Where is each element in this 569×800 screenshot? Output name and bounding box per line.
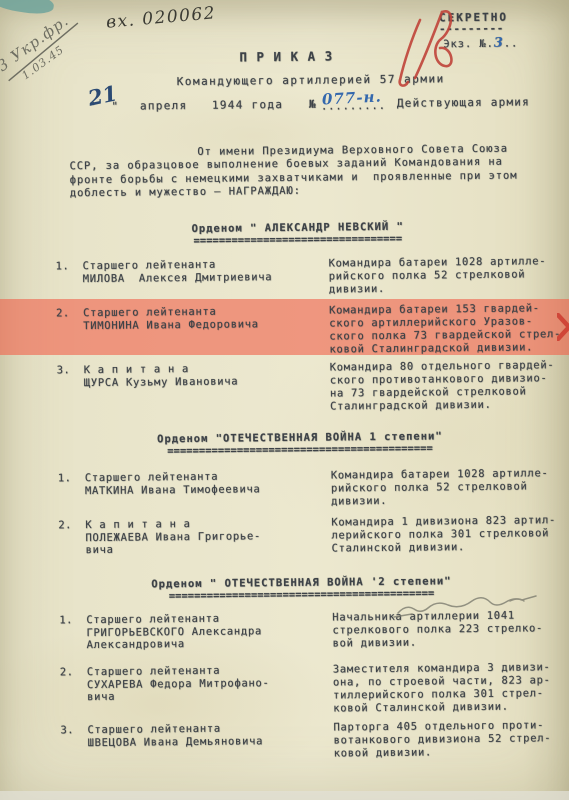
date-year: 1944 года [212,98,283,112]
entry-description-line: лерийского полка 301 стрелковой [331,527,567,542]
entry-description: Заместителя командира 3 дивизи-она, по с… [333,661,569,715]
entry-description-line: ковой дивизии. [334,745,569,760]
handwritten-order-number: 077-н. [322,87,383,108]
entry-number: 1. [59,614,73,626]
entry-name-line: МИЛОВА Алексея Дмитриевича [83,271,273,285]
entry-number: 3. [60,724,74,736]
entry-description-line: ковой Сталинградской дивизии. [329,341,565,356]
date-month: апреля [140,99,188,112]
pencil-signature [392,595,548,621]
entry-description-line: Сталинградской дивизии. [330,398,566,413]
entry-name-line: ЩУРСА Кузьму Ивановича [84,375,239,389]
entry-name-line: вича [85,542,261,556]
entry-description-line: Командира батареи 1028 артилле- [329,255,565,270]
award-entry: 2.Старшего лейтенантаСУХАРЕВА Федора Мит… [3,661,569,667]
entry-description-line: стрелкового полка 223 стрелко- [332,622,568,637]
entry-description: Командира батареи 1028 артилле-рийского … [329,255,565,296]
preamble: От имени Президиума Верховного Совета Со… [69,143,517,201]
red-pencil-mark [390,4,470,92]
red-arrow-icon [557,313,569,341]
entry-description-line: дивизии. [329,281,565,296]
entry-name: К а п и т а н аПОЛЕЖАЕВА Ивана Григорье-… [85,517,261,556]
entry-description: Командира батареи 1028 артилле-рийского … [331,467,567,508]
entry-description-line: вотанкового дивизиона 52 стрел- [334,732,569,747]
section-heading: Орденом "ОТЕЧЕСТВЕННАЯ ВОЙНА 1 степени"=… [40,429,559,458]
typed-text-layer: СЕКРЕТНО --------- Экз. №.3.. П Р И К А … [0,0,569,800]
entry-name: Старшего лейтенантаГРИГОРЬЕВСКОГО Алекса… [86,612,262,651]
entry-name-line: ГРИГОРЬЕВСКОГО Александра [86,625,262,639]
entry-description-line: ского противотанкового дивизио- [330,372,566,387]
award-entry: 1.Старшего лейтенантаМИЛОВА Алексея Дмит… [0,255,567,261]
award-entry: 2.Старшего лейтенантаТИМОНИНА Ивана Федо… [0,302,568,308]
entry-description-line: вой дивизии. [332,635,568,650]
entry-name-line: ПОЛЕЖАЕВА Ивана Григорье- [85,530,261,544]
entry-description: Командира батареи 153 гвардей-ского арти… [329,302,566,356]
handwritten-copy-number: 3 [494,36,504,51]
entry-number: 2. [56,307,70,319]
entry-description-line: дивизии. [331,493,567,508]
entry-number: 3. [57,364,71,376]
entry-name: Старшего лейтенантаМАТКИНА Ивана Тимофее… [85,470,261,497]
entry-name: К а п и т а н аЩУРСА Кузьму Ивановича [84,362,239,389]
award-entry: 3.Старшего лейтенантаШВЕЦОВА Ивана Демья… [3,719,569,725]
scanned-order-page: СЕКРЕТНО --------- Экз. №.3.. П Р И К А … [0,0,569,800]
entry-name-line: ШВЕЦОВА Ивана Демьяновича [88,735,264,749]
entry-name: Старшего лейтенантаШВЕЦОВА Ивана Демьяно… [87,722,263,749]
entry-name-line: СУХАРЕВА Федора Митрофано- [87,677,270,691]
entry-number: 1. [58,472,72,484]
entry-name: Старшего лейтенантаМИЛОВА Алексея Дмитри… [83,258,273,285]
army-status: Действующая армия [397,95,530,109]
copy-trailing-dots: .. [504,38,519,50]
entry-description-line: ковой Сталинской дивизии. [333,700,569,715]
entry-description-line: Командира батареи 1028 артилле- [331,467,567,482]
entry-description: Командира 80 отдельного гвардей-ского пр… [330,359,567,413]
entry-name: Старшего лейтенантаСУХАРЕВА Федора Митро… [87,664,270,703]
award-entry: 1.Старшего лейтенантаМАТКИНА Ивана Тимоф… [1,467,569,473]
section-heading: Орденом " АЛЕКСАНДР НЕВСКИЙ "===========… [38,219,557,248]
entry-description: Командира 1 дивизиона 823 артил-лерийско… [331,514,567,555]
award-entry: 2.К а п и т а н аПОЛЕЖАЕВА Ивана Григорь… [1,514,569,520]
order-title: П Р И К А З [239,48,333,64]
number-sign: № [309,98,317,111]
entry-description-line: Сталинской дивизии. [331,540,567,555]
entry-number: 2. [60,666,74,678]
entry-name-line: МАТКИНА Ивана Тимофеевича [85,483,261,497]
entry-name-line: ТИМОНИНА Ивана Федоровича [83,318,259,332]
entry-description: Парторга 405 отдельного проти-вотанковог… [333,719,569,760]
entry-number: 1. [56,260,70,272]
entry-description-line: тиллерийского полка 301 стрел- [333,687,569,702]
entry-number: 2. [58,519,72,531]
award-entry: 3.К а п и т а н аЩУРСА Кузьму ИвановичаК… [0,359,569,365]
entry-name-line: Александровича [86,637,262,651]
entry-name-line: вича [87,689,270,703]
entry-name: Старшего лейтенантаТИМОНИНА Ивана Федоро… [83,305,259,332]
